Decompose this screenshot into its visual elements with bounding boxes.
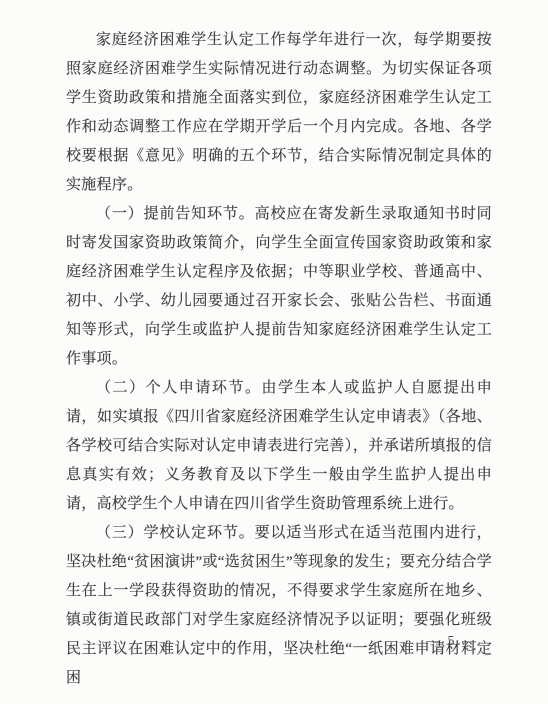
page-number: — 5 — [426, 632, 478, 652]
paragraph-section-2-personal-application: （二）个人申请环节。由学生本人或监护人自愿提出申请，如实填报《四川省家庭经济困难… [66, 374, 492, 519]
paragraph-section-1-advance-notice: （一）提前告知环节。高校应在寄发新生录取通知书时同时寄发国家资助政策简介，向学生… [66, 200, 492, 374]
scanned-document-page: 家庭经济困难学生认定工作每学年进行一次，每学期要按照家庭经济困难学生实际情况进行… [0, 0, 548, 704]
paragraph-intro: 家庭经济困难学生认定工作每学年进行一次，每学期要按照家庭经济困难学生实际情况进行… [66, 26, 492, 200]
document-body: 家庭经济困难学生认定工作每学年进行一次，每学期要按照家庭经济困难学生实际情况进行… [66, 26, 492, 693]
paragraph-section-3-school-identification: （三）学校认定环节。要以适当形式在适当范围内进行，坚决杜绝“贫困演讲”或“选贫困… [66, 519, 492, 693]
